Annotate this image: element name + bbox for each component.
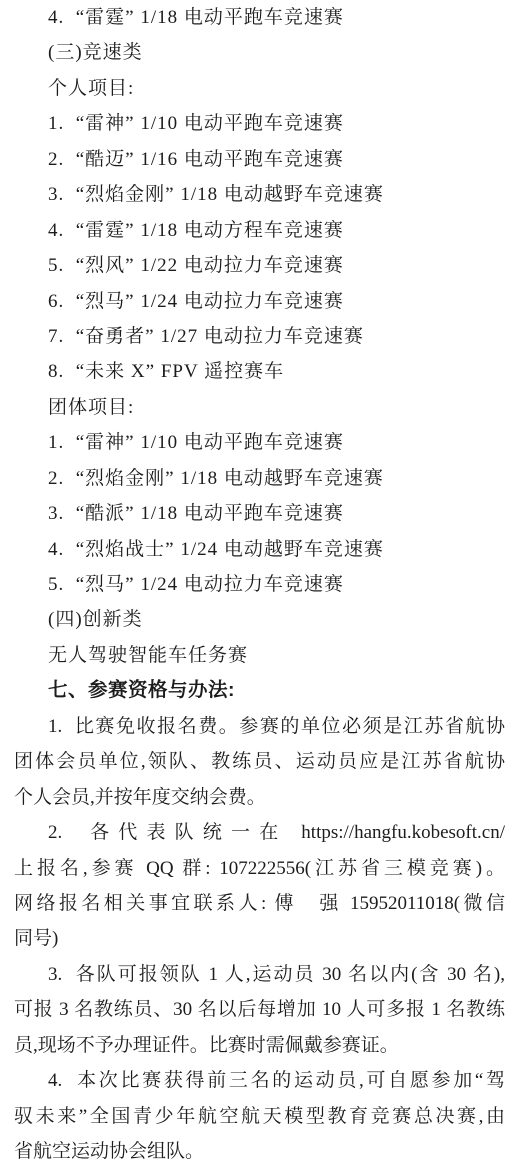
list-item: 2. “烈焰金刚” 1/18 电动越野车竞速赛 xyxy=(14,461,505,496)
paragraph-line: 员,现场不予办理证件。比赛时需佩戴参赛证。 xyxy=(14,1028,505,1063)
group-label: 团体项目: xyxy=(14,390,505,425)
list-item: 8. “未来 X” FPV 遥控赛车 xyxy=(14,354,505,389)
list-item: 3. “烈焰金刚” 1/18 电动越野车竞速赛 xyxy=(14,177,505,212)
list-item: 5. “烈马” 1/24 电动拉力车竞速赛 xyxy=(14,567,505,602)
list-item: 1. “雷神” 1/10 电动平跑车竞速赛 xyxy=(14,425,505,460)
category-heading: (三)竞速类 xyxy=(14,35,505,70)
paragraph-line: 1. 比赛免收报名费。参赛的单位必须是江苏省航协 xyxy=(14,709,505,744)
paragraph-line: 同号) xyxy=(14,921,505,956)
list-item: 4. “烈焰战士” 1/24 电动越野车竞速赛 xyxy=(14,532,505,567)
paragraph-line: 个人会员,并按年度交纳会费。 xyxy=(14,780,505,815)
list-item: 6. “烈马” 1/24 电动拉力车竞速赛 xyxy=(14,284,505,319)
paragraph-line: 团体会员单位,领队、教练员、运动员应是江苏省航协 xyxy=(14,744,505,779)
paragraph-line: 3. 各队可报领队 1 人,运动员 30 名以内(含 30 名), xyxy=(14,957,505,992)
list-item: 5. “烈风” 1/22 电动拉力车竞速赛 xyxy=(14,248,505,283)
group-label: 个人项目: xyxy=(14,71,505,106)
list-item: 3. “酷派” 1/18 电动平跑车竞速赛 xyxy=(14,496,505,531)
paragraph-line: 2. 各代表队统一在 https://hangfu.kobesoft.cn/ xyxy=(14,815,505,850)
list-item: 4. “雷霆” 1/18 电动方程车竞速赛 xyxy=(14,213,505,248)
document-page: 4. “雷霆” 1/18 电动平跑车竞速赛 (三)竞速类 个人项目: 1. “雷… xyxy=(0,0,518,1170)
list-item: 4. “雷霆” 1/18 电动平跑车竞速赛 xyxy=(14,0,505,35)
section-heading: 七、参赛资格与办法: xyxy=(14,673,505,708)
paragraph-line: 省航空运动协会组队。 xyxy=(14,1134,505,1169)
list-item: 7. “奋勇者” 1/27 电动拉力车竞速赛 xyxy=(14,319,505,354)
paragraph-line: 4. 本次比赛获得前三名的运动员,可自愿参加“驾 xyxy=(14,1063,505,1098)
event-name: 无人驾驶智能车任务赛 xyxy=(14,638,505,673)
category-heading: (四)创新类 xyxy=(14,602,505,637)
paragraph-line: 可报 3 名教练员、30 名以后每增加 10 人可多报 1 名教练 xyxy=(14,992,505,1027)
paragraph-line: 驭未来”全国青少年航空航天模型教育竞赛总决赛,由 xyxy=(14,1099,505,1134)
list-item: 1. “雷神” 1/10 电动平跑车竞速赛 xyxy=(14,106,505,141)
paragraph-line: 上报名,参赛 QQ 群: 107222556(江苏省三模竞赛)。 xyxy=(14,851,505,886)
paragraph-line: 网络报名相关事宜联系人: 傅 强 15952011018(微信 xyxy=(14,886,505,921)
list-item: 2. “酷迈” 1/16 电动平跑车竞速赛 xyxy=(14,142,505,177)
